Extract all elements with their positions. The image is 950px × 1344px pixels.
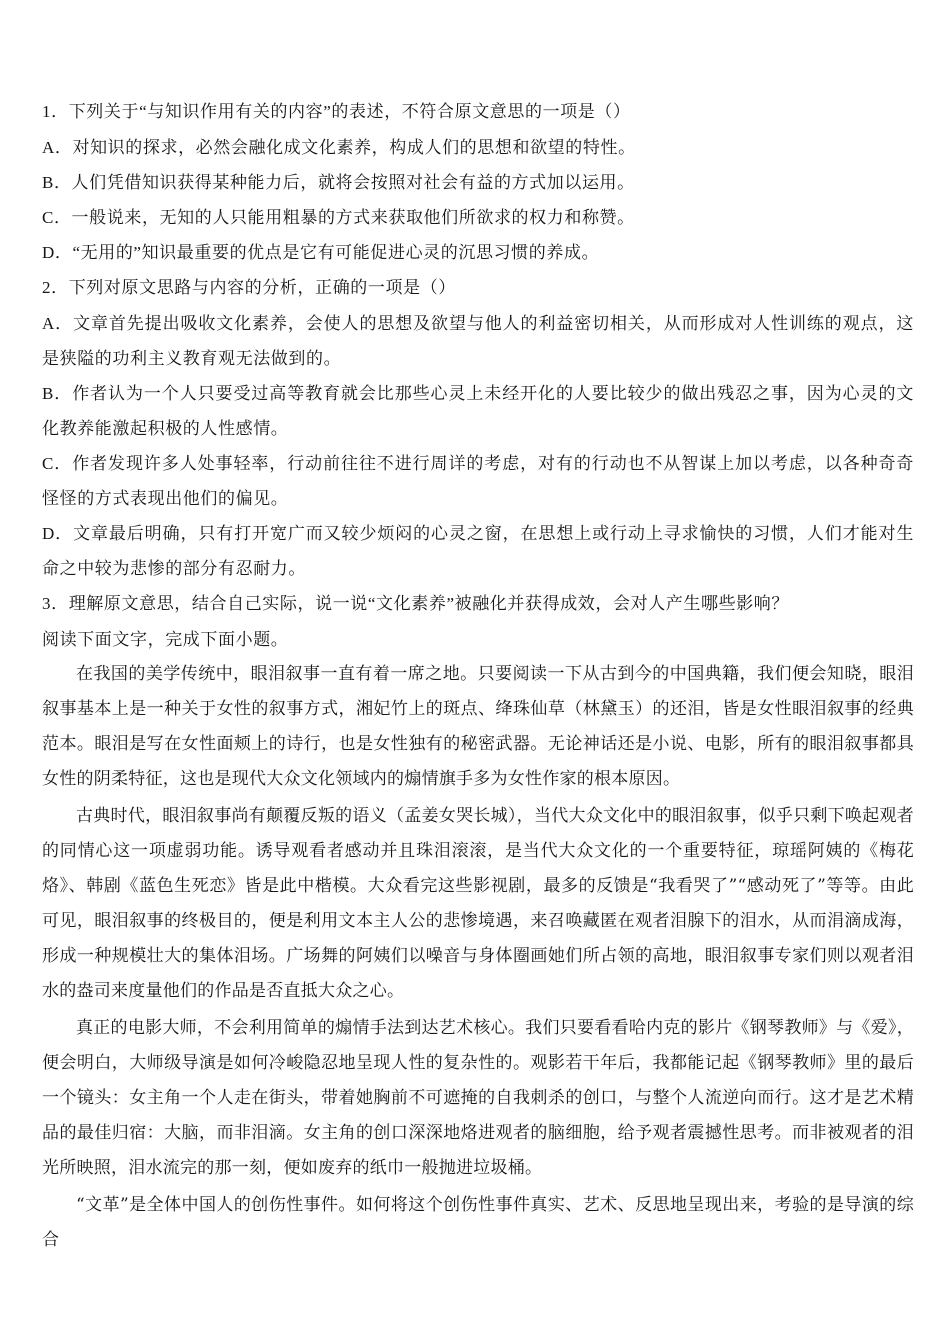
question-2-stem: 2．下列对原文思路与内容的分析，正确的一项是（）	[42, 270, 914, 306]
question-3-number: 3．	[42, 594, 69, 613]
question-2-emphasis: 正确的一项是（）	[315, 278, 456, 298]
passage-paragraph-1: 在我国的美学传统中，眼泪叙事一直有着一席之地。只要阅读一下从古到今的中国典籍，我…	[42, 657, 914, 797]
option-label: C．	[42, 454, 72, 473]
option-label: C．	[42, 208, 72, 227]
option-label: D．	[42, 524, 73, 543]
reading-passage: 在我国的美学传统中，眼泪叙事一直有着一席之地。只要阅读一下从古到今的中国典籍，我…	[42, 657, 914, 1258]
question-1-option-c: C．一般说来，无知的人只能用粗暴的方式来获取他们所欲求的权力和称赞。	[42, 200, 914, 235]
option-text: 文章首先提出吸收文化素养，会使人的思想及欲望与他人的利益密切相关，从而形成对人性…	[42, 314, 914, 368]
question-3-stem: 3．理解原文意思，结合自己实际，说一说“文化素养”被融化并获得成效，会对人产生哪…	[42, 586, 914, 622]
question-1-number: 1．	[42, 102, 69, 121]
option-text: 对知识的探求，必然会融化成文化素养，构成人们的思想和欲望的特性。	[72, 138, 635, 157]
option-label: D．	[42, 243, 72, 262]
option-text: “无用的”知识最重要的优点是它有可能促进心灵的沉思习惯的养成。	[72, 243, 599, 262]
option-label: B．	[42, 384, 72, 403]
question-2-option-a: A．文章首先提出吸收文化素养，会使人的思想及欲望与他人的利益密切相关，从而形成对…	[42, 306, 914, 376]
option-text: 文章最后明确，只有打开宽广而又较少烦闷的心灵之窗，在思想上或行动上寻求愉快的习惯…	[42, 524, 914, 578]
option-text: 一般说来，无知的人只能用粗暴的方式来获取他们所欲求的权力和称赞。	[72, 208, 635, 227]
option-label: A．	[42, 138, 72, 157]
option-label: B．	[42, 173, 72, 192]
question-2-option-d: D．文章最后明确，只有打开宽广而又较少烦闷的心灵之窗，在思想上或行动上寻求愉快的…	[42, 516, 914, 586]
reading-instruction: 阅读下面文字，完成下面小题。	[42, 622, 914, 657]
question-2-text: 下列对原文思路与内容的分析，	[69, 278, 315, 297]
question-1-option-d: D．“无用的”知识最重要的优点是它有可能促进心灵的沉思习惯的养成。	[42, 235, 914, 270]
question-2-option-c: C．作者发现许多人处事轻率，行动前往往不进行周详的考虑，对有的行动也不从智谋上加…	[42, 446, 914, 516]
option-label: A．	[42, 314, 73, 333]
passage-paragraph-4: “文革”是全体中国人的创伤性事件。如何将这个创伤性事件真实、艺术、反思地呈现出来…	[42, 1188, 914, 1258]
question-1-option-b: B．人们凭借知识获得某种能力后，就将会按照对社会有益的方式加以运用。	[42, 165, 914, 200]
option-text: 作者发现许多人处事轻率，行动前往往不进行周详的考虑，对有的行动也不从智谋上加以考…	[42, 454, 914, 508]
question-1-emphasis: 不符合原文意思的一项是（）	[402, 102, 631, 122]
passage-paragraph-2: 古典时代，眼泪叙事尚有颠覆反叛的语义（孟姜女哭长城），当代大众文化中的眼泪叙事，…	[42, 799, 914, 1009]
passage-paragraph-3: 真正的电影大师，不会利用简单的煽情手法到达艺术核心。我们只要看看哈内克的影片《钢…	[42, 1011, 914, 1186]
question-2-number: 2．	[42, 278, 69, 297]
exam-document-page: 1．下列关于“与知识作用有关的内容”的表述，不符合原文意思的一项是（） A．对知…	[0, 0, 950, 1344]
option-text: 作者认为一个人只要受过高等教育就会比那些心灵上未经开化的人要比较少的做出残忍之事…	[42, 384, 914, 438]
question-1-option-a: A．对知识的探求，必然会融化成文化素养，构成人们的思想和欲望的特性。	[42, 130, 914, 165]
option-text: 人们凭借知识获得某种能力后，就将会按照对社会有益的方式加以运用。	[72, 173, 635, 192]
question-1-stem: 1．下列关于“与知识作用有关的内容”的表述，不符合原文意思的一项是（）	[42, 94, 914, 130]
question-2-option-b: B．作者认为一个人只要受过高等教育就会比那些心灵上未经开化的人要比较少的做出残忍…	[42, 376, 914, 446]
question-3-text: 理解原文意思，结合自己实际，说一说“文化素养”被融化并获得成效，会对人产生哪些影…	[69, 594, 789, 613]
question-1-text: 下列关于“与知识作用有关的内容”的表述，	[69, 102, 402, 121]
